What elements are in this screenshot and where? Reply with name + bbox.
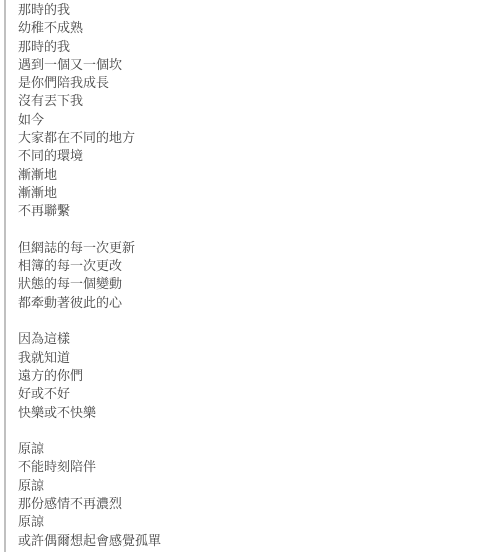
text-line: 都牽動著彼此的心	[18, 294, 477, 312]
text-line: 不再聯繫	[18, 202, 477, 220]
text-line: 或許偶爾想起會感覺孤單	[18, 532, 477, 550]
lyrics-text-block: 那時的我幼稚不成熟那時的我遇到一個又一個坎是你們陪我成長沒有丟下我如今大家都在不…	[18, 1, 477, 550]
text-line: 遠方的你們	[18, 367, 477, 385]
text-line: 快樂或不快樂	[18, 404, 477, 422]
blank-line	[18, 312, 477, 330]
text-line: 那時的我	[18, 1, 477, 19]
text-line: 原諒	[18, 477, 477, 495]
text-line: 是你們陪我成長	[18, 74, 477, 92]
text-line: 漸漸地	[18, 184, 477, 202]
text-line: 沒有丟下我	[18, 92, 477, 110]
left-border-line	[4, 0, 6, 552]
text-line: 好或不好	[18, 385, 477, 403]
text-line: 因為這樣	[18, 330, 477, 348]
text-line: 原諒	[18, 513, 477, 531]
text-line: 幼稚不成熟	[18, 19, 477, 37]
text-line: 原諒	[18, 440, 477, 458]
text-line: 大家都在不同的地方	[18, 129, 477, 147]
text-line: 那時的我	[18, 38, 477, 56]
text-line: 不能時刻陪伴	[18, 458, 477, 476]
text-line: 狀態的每一個變動	[18, 275, 477, 293]
blank-line	[18, 422, 477, 440]
text-line: 遇到一個又一個坎	[18, 56, 477, 74]
blank-line	[18, 221, 477, 239]
text-line: 但網誌的每一次更新	[18, 239, 477, 257]
text-line: 相簿的每一次更改	[18, 257, 477, 275]
text-line: 那份感情不再濃烈	[18, 495, 477, 513]
text-line: 不同的環境	[18, 147, 477, 165]
text-line: 漸漸地	[18, 166, 477, 184]
text-line: 如今	[18, 111, 477, 129]
text-line: 我就知道	[18, 349, 477, 367]
lyrics-page: 那時的我幼稚不成熟那時的我遇到一個又一個坎是你們陪我成長沒有丟下我如今大家都在不…	[0, 0, 481, 552]
